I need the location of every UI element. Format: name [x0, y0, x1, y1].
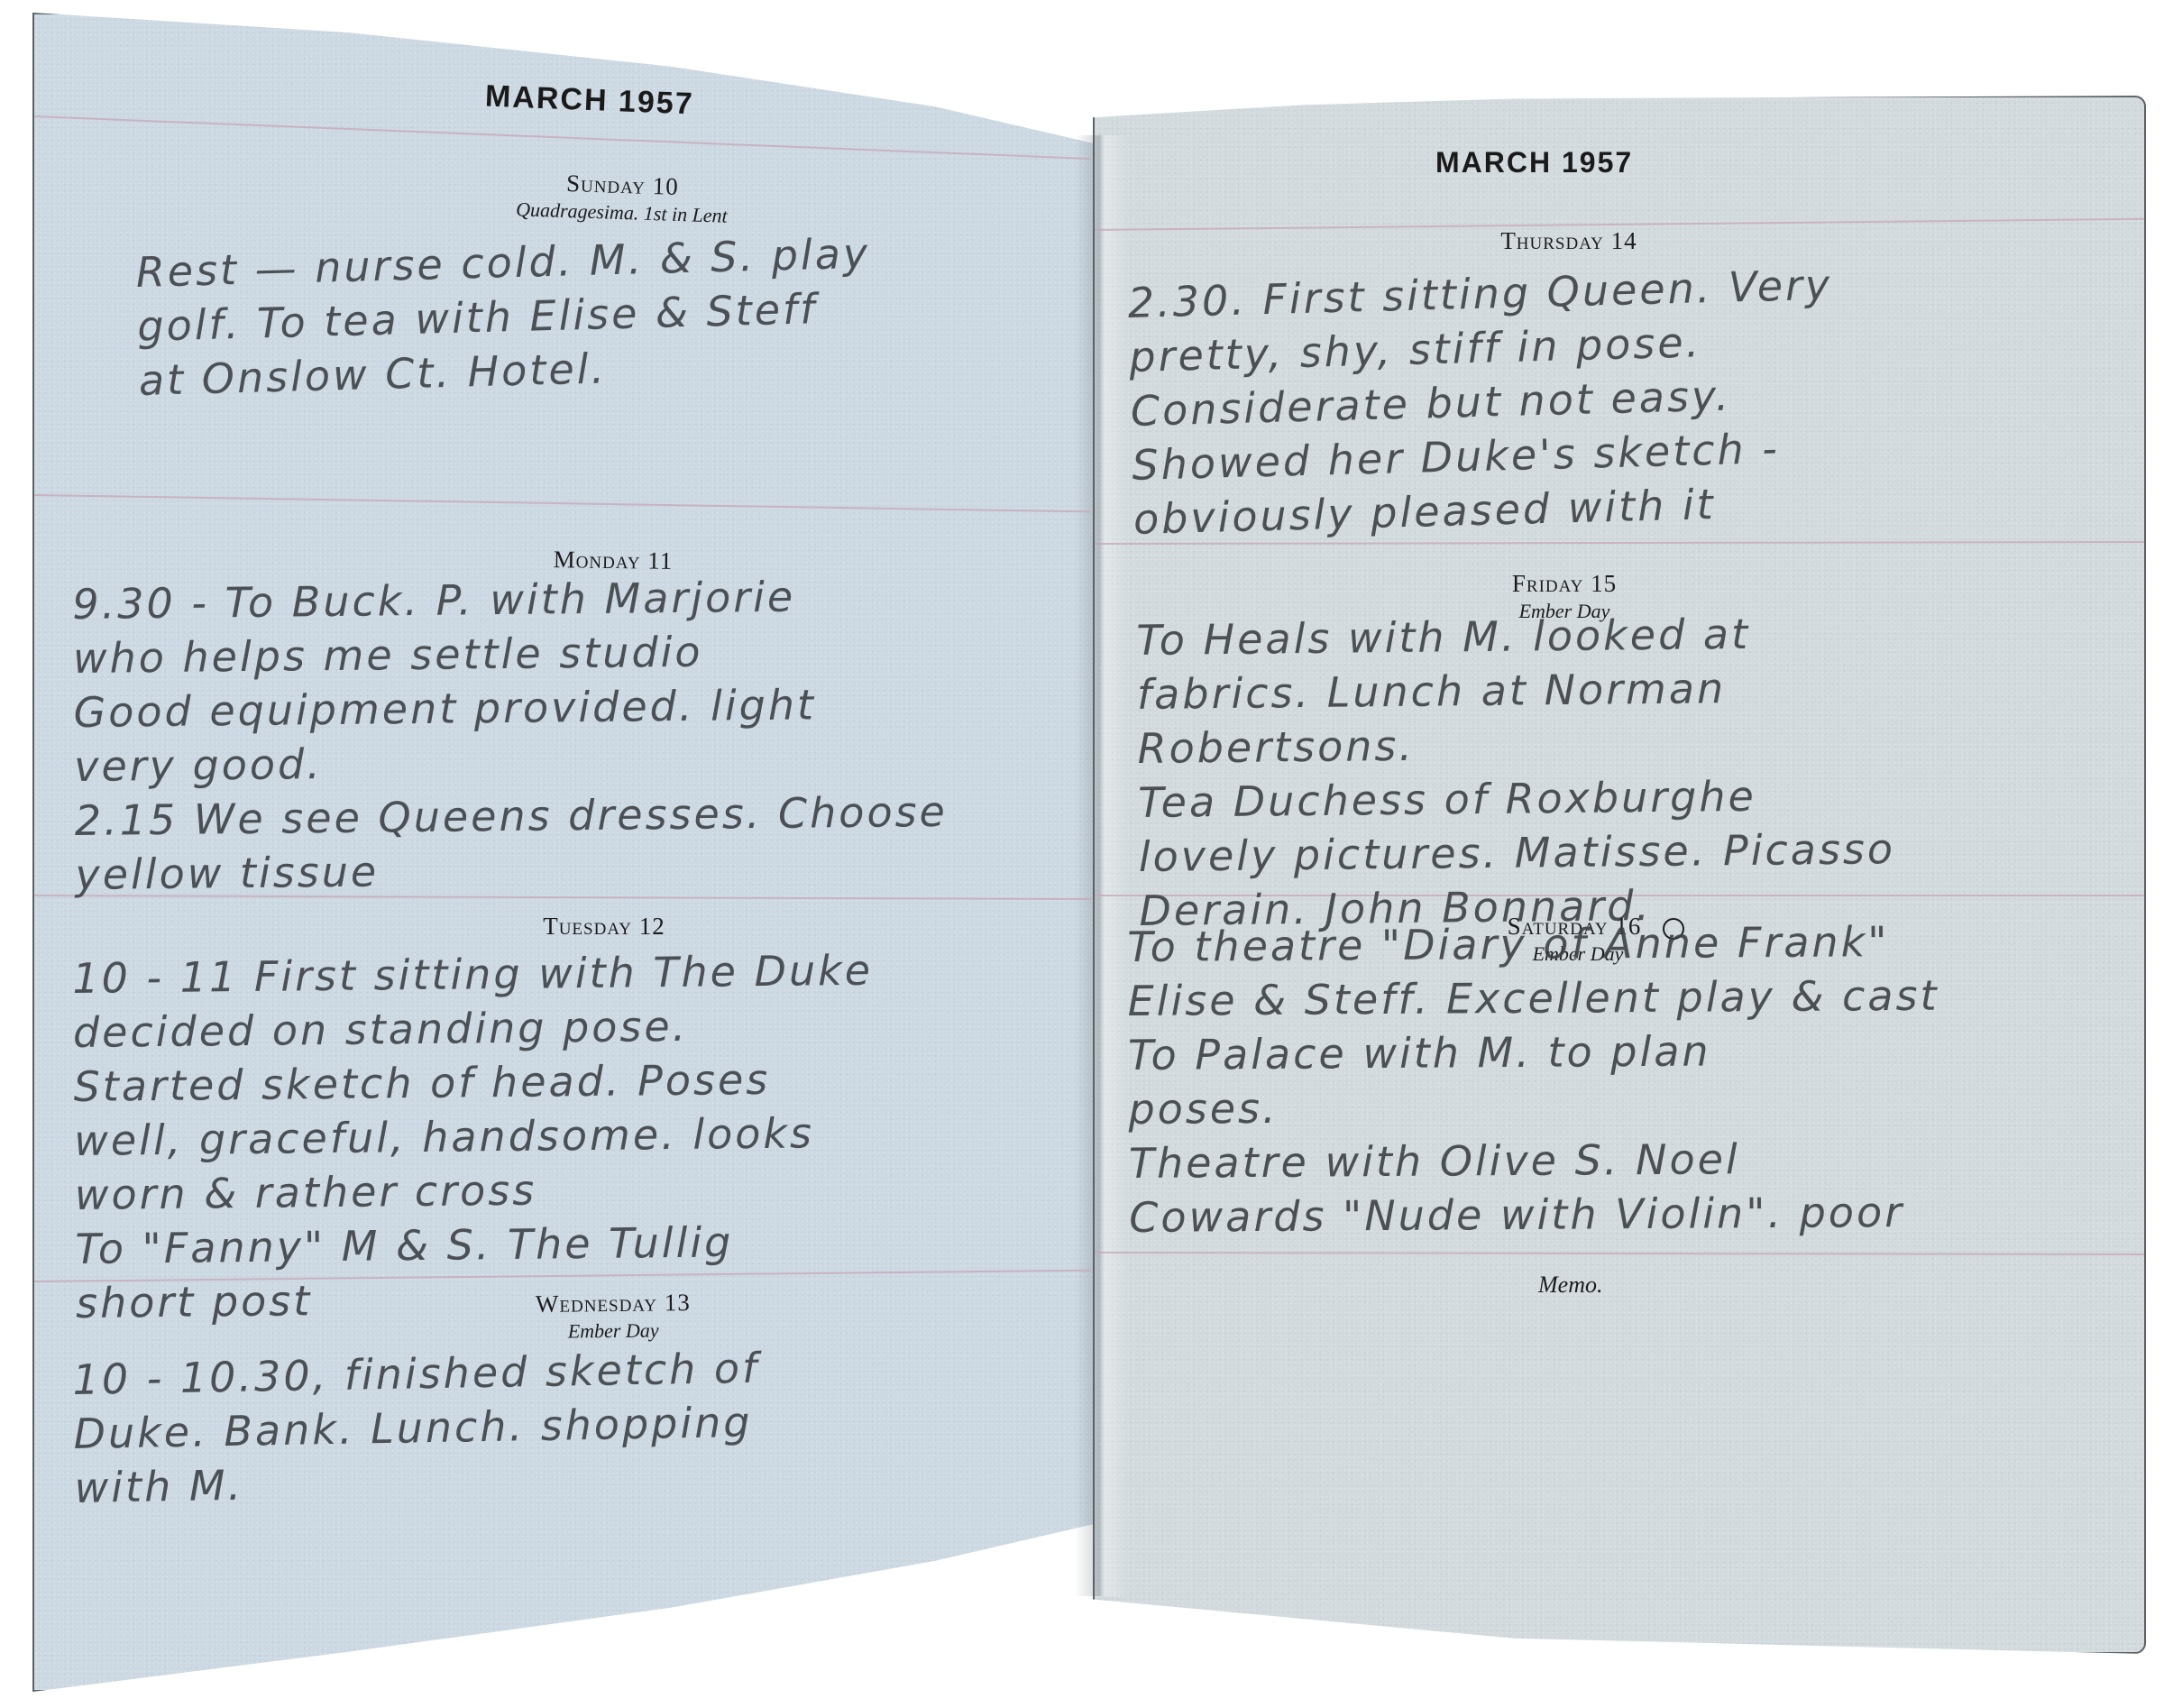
diary-entry-sunday: Rest — nurse cold. M. & S. play golf. To… — [135, 226, 874, 408]
entry-line: yellow tissue — [75, 839, 949, 902]
diary-entry-monday: 9.30 - To Buck. P. with Marjorie who hel… — [72, 568, 949, 902]
entry-line: To "Fanny" M & S. The Tullig — [75, 1214, 876, 1276]
entry-line: 2.15 We see Queens dresses. Choose — [75, 785, 949, 848]
diary-entry-saturday: To theatre "Diary of Anne Frank" Elise &… — [1127, 914, 1940, 1244]
entry-line: Theatre with Olive S. Noel — [1129, 1131, 1940, 1190]
right-page-month-header: MARCH 1957 — [1435, 146, 1633, 179]
entry-line: well, graceful, handsome. looks — [74, 1106, 875, 1168]
entry-line: who helps me settle studio — [73, 622, 947, 685]
day-name: Thursday 14 — [1380, 227, 1758, 255]
entry-line: 9.30 - To Buck. P. with Marjorie — [72, 568, 946, 631]
entry-line: poses. — [1128, 1077, 1939, 1136]
entry-line: 10 - 11 First sitting with The Duke — [72, 943, 873, 1006]
day-header-wednesday: Wednesday 13 Ember Day — [424, 1288, 803, 1345]
memo-label: Memo. — [1538, 1272, 1602, 1299]
entry-line: Elise & Steff. Excellent play & cast — [1127, 969, 1939, 1028]
entry-line: fabrics. Lunch at Norman — [1137, 659, 1894, 721]
entry-line: Started sketch of head. Poses — [73, 1051, 874, 1114]
diary-entry-friday: To Heals with M. looked at fabrics. Lunc… — [1136, 605, 1896, 938]
diary-entry-tuesday: 10 - 11 First sitting with The Duke deci… — [72, 943, 876, 1330]
day-header-tuesday: Tuesday 12 — [415, 913, 793, 941]
entry-line: decided on standing pose. — [73, 997, 874, 1060]
entry-line: To theatre "Diary of Anne Frank" — [1127, 914, 1939, 974]
day-name: Friday 15 — [1375, 570, 1754, 598]
diary-entry-wednesday: 10 - 10.30, finished sketch of Duke. Ban… — [72, 1341, 762, 1515]
entry-line: Tea Duchess of Roxburghe — [1138, 767, 1895, 830]
entry-line: Good equipment provided. light — [73, 676, 947, 739]
entry-line: worn & rather cross — [75, 1160, 876, 1222]
day-name: Tuesday 12 — [415, 913, 793, 941]
entry-line: lovely pictures. Matisse. Picasso — [1139, 822, 1896, 884]
day-name: Wednesday 13 — [424, 1288, 802, 1319]
entry-line: very good. — [74, 730, 948, 794]
diary-entry-thursday: 2.30. First sitting Queen. Very pretty, … — [1127, 258, 1838, 546]
entry-line: To Palace with M. to plan — [1128, 1023, 1939, 1082]
day-header-thursday: Thursday 14 — [1380, 227, 1758, 255]
entry-line: To Heals with M. looked at — [1136, 605, 1893, 667]
entry-line: Cowards "Nude with Violin". poor — [1129, 1185, 1940, 1244]
entry-line: Robertsons. — [1137, 713, 1894, 776]
